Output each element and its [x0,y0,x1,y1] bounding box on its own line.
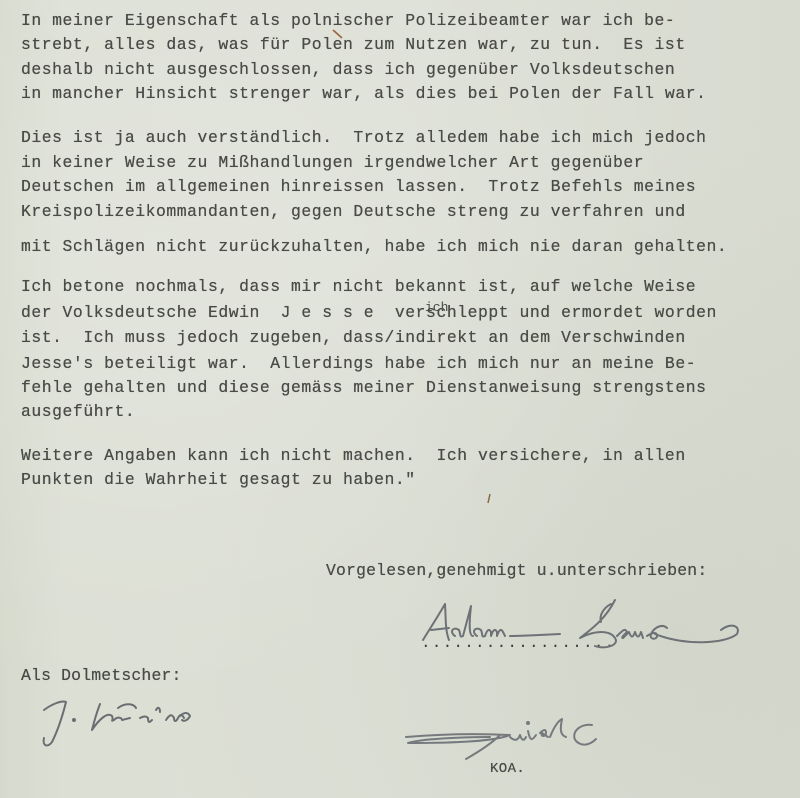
text-line: ist. Ich muss jedoch zugeben, dass/indir… [21,330,686,346]
text-line: Jesse's beteiligt war. Allerdings habe i… [21,356,696,372]
interpreter-signature [30,690,230,765]
text-line: Punkten die Wahrheit gesagt zu haben." [21,472,416,488]
text-line: Ich betone nochmals, dass mir nicht beka… [21,279,696,295]
text-line: Deutschen im allgemeinen hinreissen lass… [21,179,696,195]
text-line: in keiner Weise zu Mißhandlungen irgendw… [21,155,644,171]
text-line: strebt, alles das, was für Polen zum Nut… [21,37,686,53]
deponent-signature [415,590,755,665]
text-line: Weitere Angaben kann ich nicht machen. I… [21,448,686,464]
officer-title: KOA. [490,762,525,776]
interlinear-insertion: ich [425,300,448,315]
text-line: ausgeführt. [21,404,135,420]
text-line: in mancher Hinsicht strenger war, als di… [21,86,706,102]
text-line: Kreispolizeikommandanten, gegen Deutsche… [21,204,686,220]
text-line: der Volksdeutsche Edwin J e s s e versch… [21,305,717,321]
text-line: mit Schlägen nicht zurückzuhalten, habe … [21,239,727,255]
interpreter-label: Als Dolmetscher: [21,668,182,684]
text-line: Dies ist ja auch verständlich. Trotz all… [21,130,706,146]
text-line: deshalb nicht ausgeschlossen, dass ich g… [21,62,675,78]
attestation-text: Vorgelesen,genehmigt u.unterschrieben: [326,563,707,579]
document-page: In meiner Eigenschaft als polnischer Pol… [0,0,800,798]
text-line: In meiner Eigenschaft als polnischer Pol… [21,13,675,29]
pencil-mark [332,28,344,46]
pencil-mark [486,492,492,510]
text-line: fehle gehalten und diese gemäss meiner D… [21,380,706,396]
